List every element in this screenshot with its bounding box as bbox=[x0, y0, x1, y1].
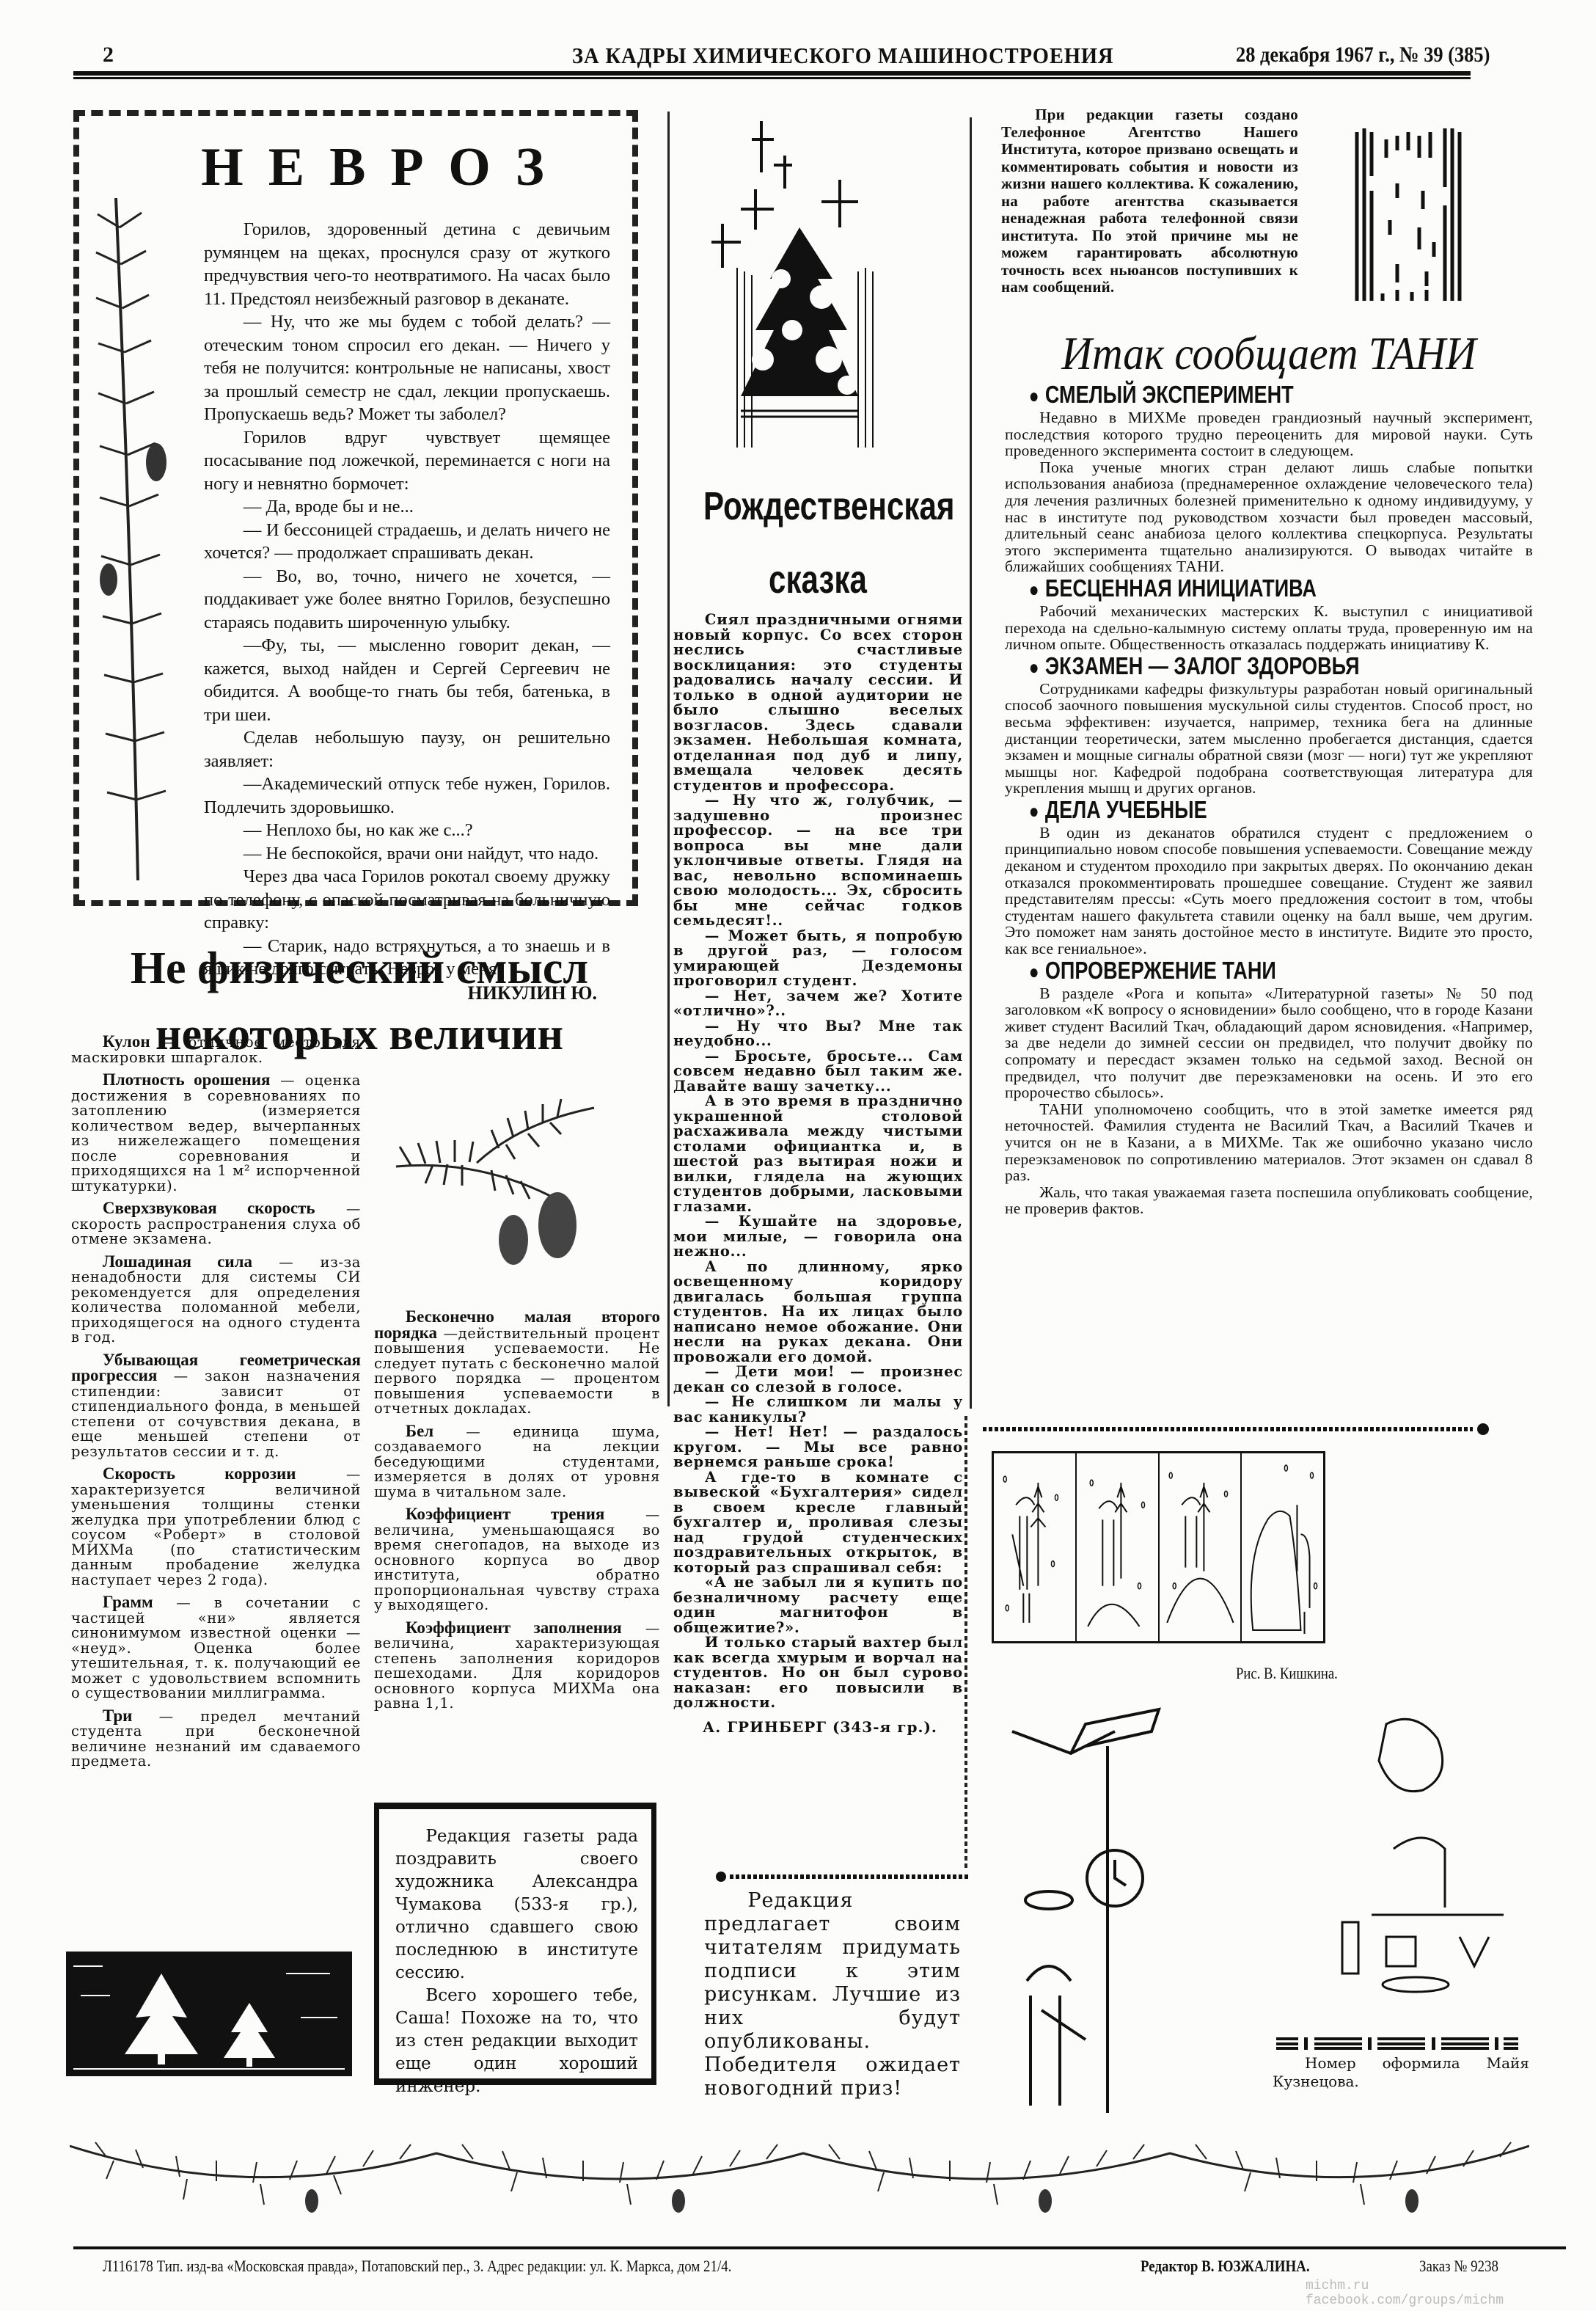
paragraph: И только старый вахтер был как всегда хм… bbox=[673, 1635, 963, 1711]
nevroz-title: НЕВРОЗ bbox=[160, 136, 610, 199]
paragraph: — И бессоницей страдаешь, и делать ничег… bbox=[204, 519, 610, 565]
paragraph: — Кушайте на здоровье, мои милые, — гово… bbox=[673, 1214, 963, 1260]
news-heading: БЕСЦЕННАЯ ИНИЦИАТИВА bbox=[1005, 575, 1438, 603]
comic-credit: Рис. В. Кишкина. bbox=[1236, 1664, 1338, 1683]
comic-strip bbox=[992, 1451, 1325, 1643]
comic-panel bbox=[994, 1453, 1077, 1641]
paragraph: Через два часа Горилов рокотал своему др… bbox=[204, 865, 610, 935]
definition-item: Бел — единица шума, создаваемого на лекц… bbox=[374, 1424, 660, 1500]
watermark-facebook: facebook.com/groups/michm bbox=[1306, 2293, 1504, 2308]
term: Бел bbox=[406, 1422, 433, 1440]
caption-contest-note: Редакция предлагает своим читателям прид… bbox=[704, 1889, 961, 2100]
headline-line: сказка bbox=[703, 543, 932, 616]
tani-logo-illustration bbox=[1353, 125, 1467, 304]
term: Лошадиная сила bbox=[103, 1252, 252, 1271]
news-heading: ЭКЗАМЕН — ЗАЛОГ ЗДОРОВЬЯ bbox=[1005, 653, 1438, 681]
dotted-divider bbox=[964, 1416, 967, 1871]
nevroz-article-box: НЕВРОЗ Горилов, здоровенный детина с дев… bbox=[73, 110, 638, 906]
decorative-stripes bbox=[1276, 2036, 1518, 2051]
paragraph: ТАНИ уполномочено сообщить, что в этой з… bbox=[1005, 1101, 1533, 1184]
definition-item: Три — предел мечтаний студента при беско… bbox=[71, 1709, 361, 1770]
definition-item: Кулон — отличное место для маскировки шп… bbox=[71, 1034, 361, 1065]
issue-date: 28 декабря 1967 г., № 39 (385) bbox=[1236, 43, 1490, 67]
definition-item: Сверхзвуковая скорость — скорость распро… bbox=[71, 1201, 361, 1247]
streetlamp-waiter-drawing bbox=[997, 1702, 1306, 2120]
tani-news-list: СМЕЛЫЙ ЭКСПЕРИМЕНТ Недавно в МИХМе прове… bbox=[1005, 381, 1533, 1217]
paragraph: —Академический отпуск тебе нужен, Горило… bbox=[204, 773, 610, 819]
order-number: Заказ № 9238 bbox=[1419, 2257, 1498, 2276]
news-heading: ОПРОВЕРЖЕНИЕ ТАНИ bbox=[1005, 957, 1438, 985]
paragraph: — Во, во, точно, ничего не хочется, — по… bbox=[204, 565, 610, 635]
comic-panel bbox=[1242, 1453, 1323, 1641]
footer-rule bbox=[73, 2246, 1566, 2249]
christmas-tree-illustration bbox=[711, 110, 887, 448]
paragraph: Рабочий механических мастерских К. высту… bbox=[1005, 603, 1533, 653]
man-on-snow-drawing bbox=[1077, 1453, 1158, 1641]
dotted-separator bbox=[983, 1423, 1496, 1435]
paragraph: Редакция газеты рада поздравить своего х… bbox=[395, 1825, 638, 1985]
paragraph: — Может быть, я попробую в другой раз, —… bbox=[673, 929, 963, 989]
paragraph: — Нет! Нет! — раздалось кругом. — Мы все… bbox=[673, 1425, 963, 1470]
paragraph: Всего хорошего тебе, Саша! Похоже на то,… bbox=[395, 1985, 638, 2098]
congratulations-box: Редакция газеты рада поздравить своего х… bbox=[374, 1803, 656, 2085]
comic-panel bbox=[1160, 1453, 1242, 1641]
tani-headline: Итак сообщает ТАНИ bbox=[1031, 326, 1507, 381]
term: Коэффициент заполнения bbox=[406, 1618, 622, 1637]
paragraph: — Да, вроде бы и не... bbox=[204, 495, 610, 519]
news-heading: СМЕЛЫЙ ЭКСПЕРИМЕНТ bbox=[1005, 381, 1438, 409]
christmas-tale-headline: Рождественская сказка bbox=[703, 470, 932, 616]
definition-item: Убывающая геометрическая прогрессия — за… bbox=[71, 1353, 361, 1460]
paragraph: Недавно в МИХМе проведен грандиозный нау… bbox=[1005, 409, 1533, 459]
paragraph: Жаль, что такая уважаемая газета поспеши… bbox=[1005, 1184, 1533, 1217]
fir-garland-border bbox=[70, 2117, 1529, 2216]
dotted-separator bbox=[715, 1871, 968, 1883]
column-divider bbox=[970, 117, 972, 1409]
paragraph: — Не слишком ли малы у вас каникулы? bbox=[673, 1395, 963, 1425]
paragraph: Редакция предлагает своим читателям прид… bbox=[704, 1889, 961, 2100]
newspaper-title: ЗА КАДРЫ ХИМИЧЕСКОГО МАШИНОСТРОЕНИЯ bbox=[572, 43, 1114, 69]
comic-panel bbox=[1077, 1453, 1160, 1641]
paragraph: Сотрудниками кафедры физкультуры разрабо… bbox=[1005, 681, 1533, 797]
headline-line: Не физический смысл bbox=[73, 935, 645, 1001]
term: Коэффициент трения bbox=[406, 1505, 604, 1523]
paragraph: В один из деканатов обратился студент с … bbox=[1005, 825, 1533, 957]
term: Сверхзвуковая скорость bbox=[103, 1199, 315, 1217]
definition-item: Плотность орошения — оценка достижения в… bbox=[71, 1073, 361, 1194]
woman-with-tree-drawing bbox=[1242, 1453, 1323, 1641]
news-heading: ДЕЛА УЧЕБНЫЕ bbox=[1005, 797, 1438, 825]
printing-info: Л116178 Тип. изд-ва «Московская правда»,… bbox=[103, 2257, 731, 2276]
watermark-site: michm.ru bbox=[1306, 2279, 1369, 2293]
paragraph: — Не беспокойся, врачи они найдут, что н… bbox=[204, 842, 610, 866]
headline-line: Рождественская bbox=[703, 470, 932, 543]
definition-item: Лошадиная сила — из-за ненадобности для … bbox=[71, 1255, 361, 1346]
christmas-tale-body: Сиял праздничными огнями новый корпус. С… bbox=[673, 613, 963, 1736]
paragraph: Горилов, здоровенный детина с девичьим р… bbox=[204, 218, 610, 310]
paragraph: При редакции газеты создано Телефонное А… bbox=[1001, 106, 1298, 296]
term: Кулон bbox=[103, 1032, 150, 1051]
paragraph: — Ну что ж, голубчик, — задушевно произн… bbox=[673, 793, 963, 929]
paragraph: Сделав небольшую паузу, он решительно за… bbox=[204, 726, 610, 773]
term: Скорость коррозии bbox=[103, 1464, 296, 1483]
tani-intro: При редакции газеты создано Телефонное А… bbox=[1001, 106, 1298, 296]
editor-credit: Редактор В. ЮЗЖАЛИНА. bbox=[1141, 2257, 1310, 2276]
paragraph: — Неплохо бы, но как же с...? bbox=[204, 819, 610, 842]
paragraph: А в это время в празднично украшенной ст… bbox=[673, 1094, 963, 1214]
term: Плотность орошения bbox=[103, 1070, 271, 1089]
definition-item: Бесконечно малая второго порядка —действ… bbox=[374, 1310, 660, 1417]
paragraph: Номер оформила Майя Кузнецова. bbox=[1273, 2054, 1529, 2091]
definition-item: Коэффициент трения — величина, уменьшающ… bbox=[374, 1507, 660, 1613]
paragraph: —Фу, ты, — мысленно говорит декан, — каж… bbox=[204, 634, 610, 726]
cafe-table-drawing bbox=[1298, 1702, 1540, 2010]
man-with-tree-drawing bbox=[994, 1453, 1075, 1641]
paragraph: Пока ученые многих стран делают лишь сла… bbox=[1005, 459, 1533, 575]
paragraph: Горилов вдруг чувствует щемящее посасыва… bbox=[204, 426, 610, 496]
definition-item: Грамм — в сочетании с частицей «ни» явля… bbox=[71, 1595, 361, 1701]
definition-item: Коэффициент заполнения — величина, харак… bbox=[374, 1621, 660, 1712]
nevroz-body: Горилов, здоровенный детина с девичьим р… bbox=[204, 218, 610, 1004]
term: Три bbox=[103, 1706, 133, 1725]
paragraph: — Ну что Вы? Мне так неудобно... bbox=[673, 1019, 963, 1049]
column-divider bbox=[667, 112, 670, 1406]
paragraph: Сиял праздничными огнями новый корпус. С… bbox=[673, 613, 963, 793]
paragraph: — Бросьте, бросьте... Сам совсем недавно… bbox=[673, 1049, 963, 1095]
paragraph: А по длинному, ярко освещенному коридору… bbox=[673, 1260, 963, 1365]
paragraph: В разделе «Рога и копыта» «Литературной … bbox=[1005, 985, 1533, 1101]
design-credit: Номер оформила Майя Кузнецова. bbox=[1273, 2054, 1529, 2091]
man-on-bigger-snow-drawing bbox=[1160, 1453, 1241, 1641]
author-signature: А. ГРИНБЕРГ (343-я гр.). bbox=[673, 1718, 963, 1736]
paragraph: — Дети мои! — произнес декан со слезой в… bbox=[673, 1365, 963, 1395]
page-number: 2 bbox=[103, 43, 114, 67]
pine-branch-illustration bbox=[389, 1078, 609, 1291]
paragraph: — Нет, зачем же? Хотите «отлично»?.. bbox=[673, 989, 963, 1019]
definition-item: Скорость коррозии — характеризуется вели… bbox=[71, 1467, 361, 1588]
snowy-trees-illustration bbox=[66, 1952, 352, 2076]
physics-column-1: Кулон — отличное место для маскировки шп… bbox=[71, 1034, 361, 1777]
paragraph: А где-то в комнате с вывеской «Бухгалтер… bbox=[673, 1470, 963, 1576]
physics-column-2: Бесконечно малая второго порядка —действ… bbox=[374, 1310, 660, 1719]
term: Грамм bbox=[103, 1593, 153, 1611]
paragraph: — Ну, что же мы будем с тобой делать? — … bbox=[204, 310, 610, 426]
masthead-rule bbox=[73, 71, 1471, 77]
paragraph: «А не забыл ли я купить по безналичному … bbox=[673, 1575, 963, 1635]
